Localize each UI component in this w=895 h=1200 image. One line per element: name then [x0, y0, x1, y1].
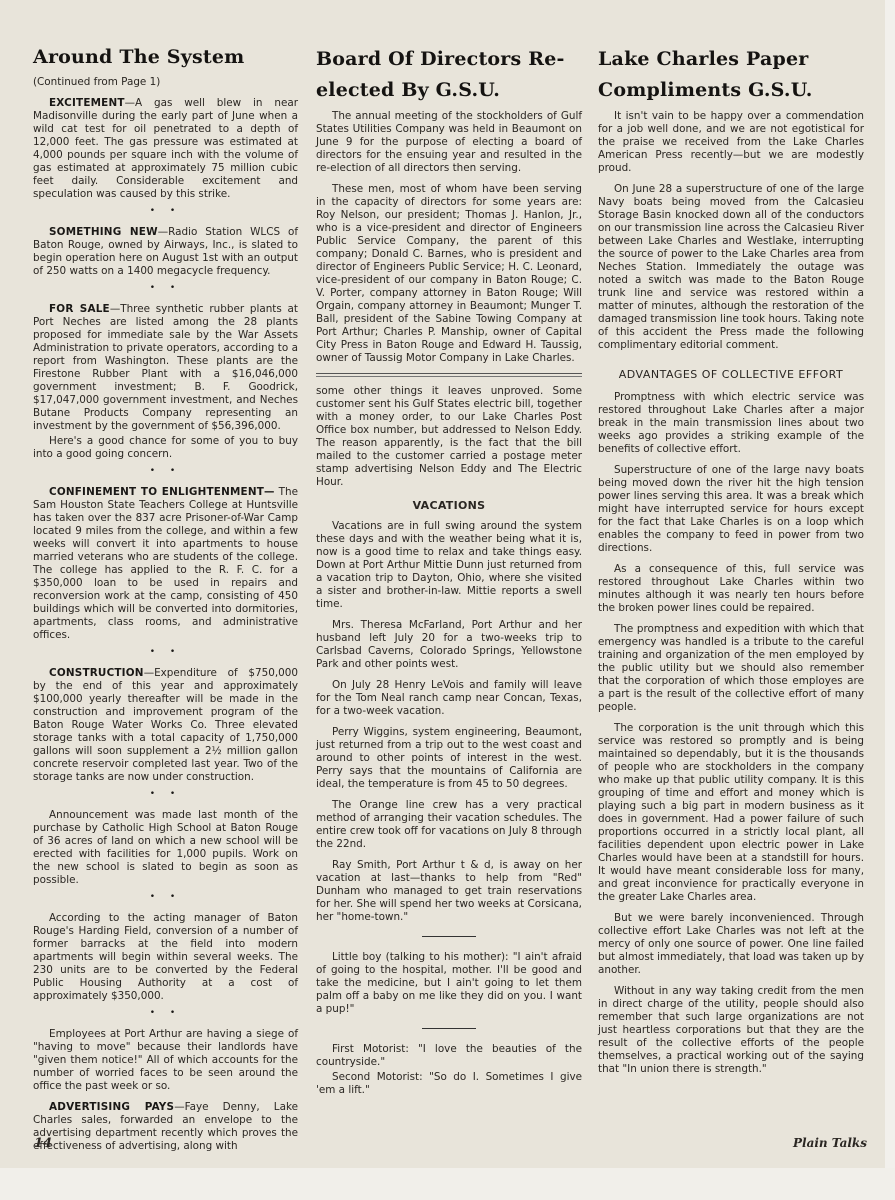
vacation-paragraph: On July 28 Henry LeVois and family will … — [316, 679, 582, 718]
article-title-around-the-system: Around The System — [33, 44, 298, 70]
page-number: 14 — [34, 1136, 52, 1151]
column-board-of-directors: Board Of Directors Re-elected By G.S.U. … — [316, 44, 582, 1105]
vacations-heading: VACATIONS — [316, 499, 582, 512]
publication-title: Plain Talks — [793, 1136, 867, 1150]
separator-dots: • • — [33, 788, 298, 801]
item-lead: FOR SALE — [49, 303, 110, 315]
vacation-paragraph: Ray Smith, Port Arthur t & d, is away on… — [316, 859, 582, 924]
news-item-port-arthur: Employees at Port Arthur are having a si… — [33, 1028, 298, 1093]
editorial-paragraph: The corporation is the unit through whic… — [598, 722, 864, 904]
news-item-excitement: EXCITEMENT—A gas well blew in near Madis… — [33, 97, 298, 201]
vacation-paragraph: Vacations are in full swing around the s… — [316, 520, 582, 611]
item-text: —A gas well blew in near Madisonville du… — [33, 97, 298, 200]
news-item-something-new: SOMETHING NEW—Radio Station WLCS of Bato… — [33, 226, 298, 278]
editorial-paragraph: The promptness and expedition with which… — [598, 623, 864, 714]
separator-dots: • • — [33, 1007, 298, 1020]
separator-dots: • • — [33, 282, 298, 295]
vacation-paragraph: The Orange line crew has a very practica… — [316, 799, 582, 851]
vacation-paragraph: Perry Wiggins, system engineering, Beaum… — [316, 726, 582, 791]
item-lead: SOMETHING NEW — [49, 226, 158, 238]
short-divider — [422, 1028, 476, 1029]
separator-dots: • • — [33, 891, 298, 904]
news-item-confinement: CONFINEMENT TO ENLIGHTENMENT— The Sam Ho… — [33, 486, 298, 642]
editorial-paragraph: Superstructure of one of the large navy … — [598, 464, 864, 555]
article-paragraph: On June 28 a superstructure of one of th… — [598, 183, 864, 352]
editorial-paragraph: But we were barely inconvenienced. Throu… — [598, 912, 864, 977]
column-around-the-system: Around The System (Continued from Page 1… — [33, 44, 298, 1161]
article-title-lake-charles-paper: Lake Charles Paper Compliments G.S.U. — [598, 44, 864, 106]
column-lake-charles-paper: Lake Charles Paper Compliments G.S.U. It… — [598, 44, 864, 1084]
separator-dots: • • — [33, 465, 298, 478]
editorial-heading: ADVANTAGES OF COLLECTIVE EFFORT — [598, 368, 864, 381]
news-item-construction: CONSTRUCTION—Expenditure of $750,000 by … — [33, 667, 298, 784]
news-item-advertising-pays: ADVERTISING PAYS—Faye Denny, Lake Charle… — [33, 1101, 298, 1153]
section-divider — [316, 373, 582, 377]
editorial-paragraph: As a consequence of this, full service w… — [598, 563, 864, 615]
item-text: —Three synthetic rubber plants at Port N… — [33, 303, 298, 432]
joke-second-motorist: Second Motorist: "So do I. Sometimes I g… — [316, 1071, 582, 1097]
page-edge — [885, 0, 895, 1168]
news-item-catholic-high: Announcement was made last month of the … — [33, 809, 298, 887]
joke-little-boy: Little boy (talking to his mother): "I a… — [316, 951, 582, 1016]
joke-first-motorist: First Motorist: "I love the beauties of … — [316, 1043, 582, 1069]
article-paragraph: The annual meeting of the stockholders o… — [316, 110, 582, 175]
article-title-board-of-directors: Board Of Directors Re-elected By G.S.U. — [316, 44, 582, 106]
item-lead: CONSTRUCTION — [49, 667, 144, 679]
item-lead: ADVERTISING PAYS — [49, 1101, 174, 1113]
magazine-page: Around The System (Continued from Page 1… — [0, 0, 895, 1168]
vacation-paragraph: Mrs. Theresa McFarland, Port Arthur and … — [316, 619, 582, 671]
separator-dots: • • — [33, 646, 298, 659]
separator-dots: • • — [33, 205, 298, 218]
scan-margin — [0, 1168, 895, 1200]
news-item-for-sale: FOR SALE—Three synthetic rubber plants a… — [33, 303, 298, 433]
advertising-continuation: some other things it leaves unproved. So… — [316, 385, 582, 489]
item-text: —Expenditure of $750,000 by the end of t… — [33, 667, 298, 783]
editorial-paragraph: Promptness with which electric service w… — [598, 391, 864, 456]
news-item-harding-field: According to the acting manager of Baton… — [33, 912, 298, 1003]
item-lead: CONFINEMENT TO ENLIGHTENMENT— — [49, 486, 275, 498]
item-lead: EXCITEMENT — [49, 97, 125, 109]
article-paragraph: These men, most of whom have been servin… — [316, 183, 582, 365]
article-paragraph: It isn't vain to be happy over a commend… — [598, 110, 864, 175]
news-item-for-sale-extra: Here's a good chance for some of you to … — [33, 435, 298, 461]
continued-note: (Continued from Page 1) — [33, 76, 298, 89]
editorial-paragraph: Without in any way taking credit from th… — [598, 985, 864, 1076]
item-text: The Sam Houston State Teachers College a… — [33, 486, 298, 641]
short-divider — [422, 936, 476, 937]
